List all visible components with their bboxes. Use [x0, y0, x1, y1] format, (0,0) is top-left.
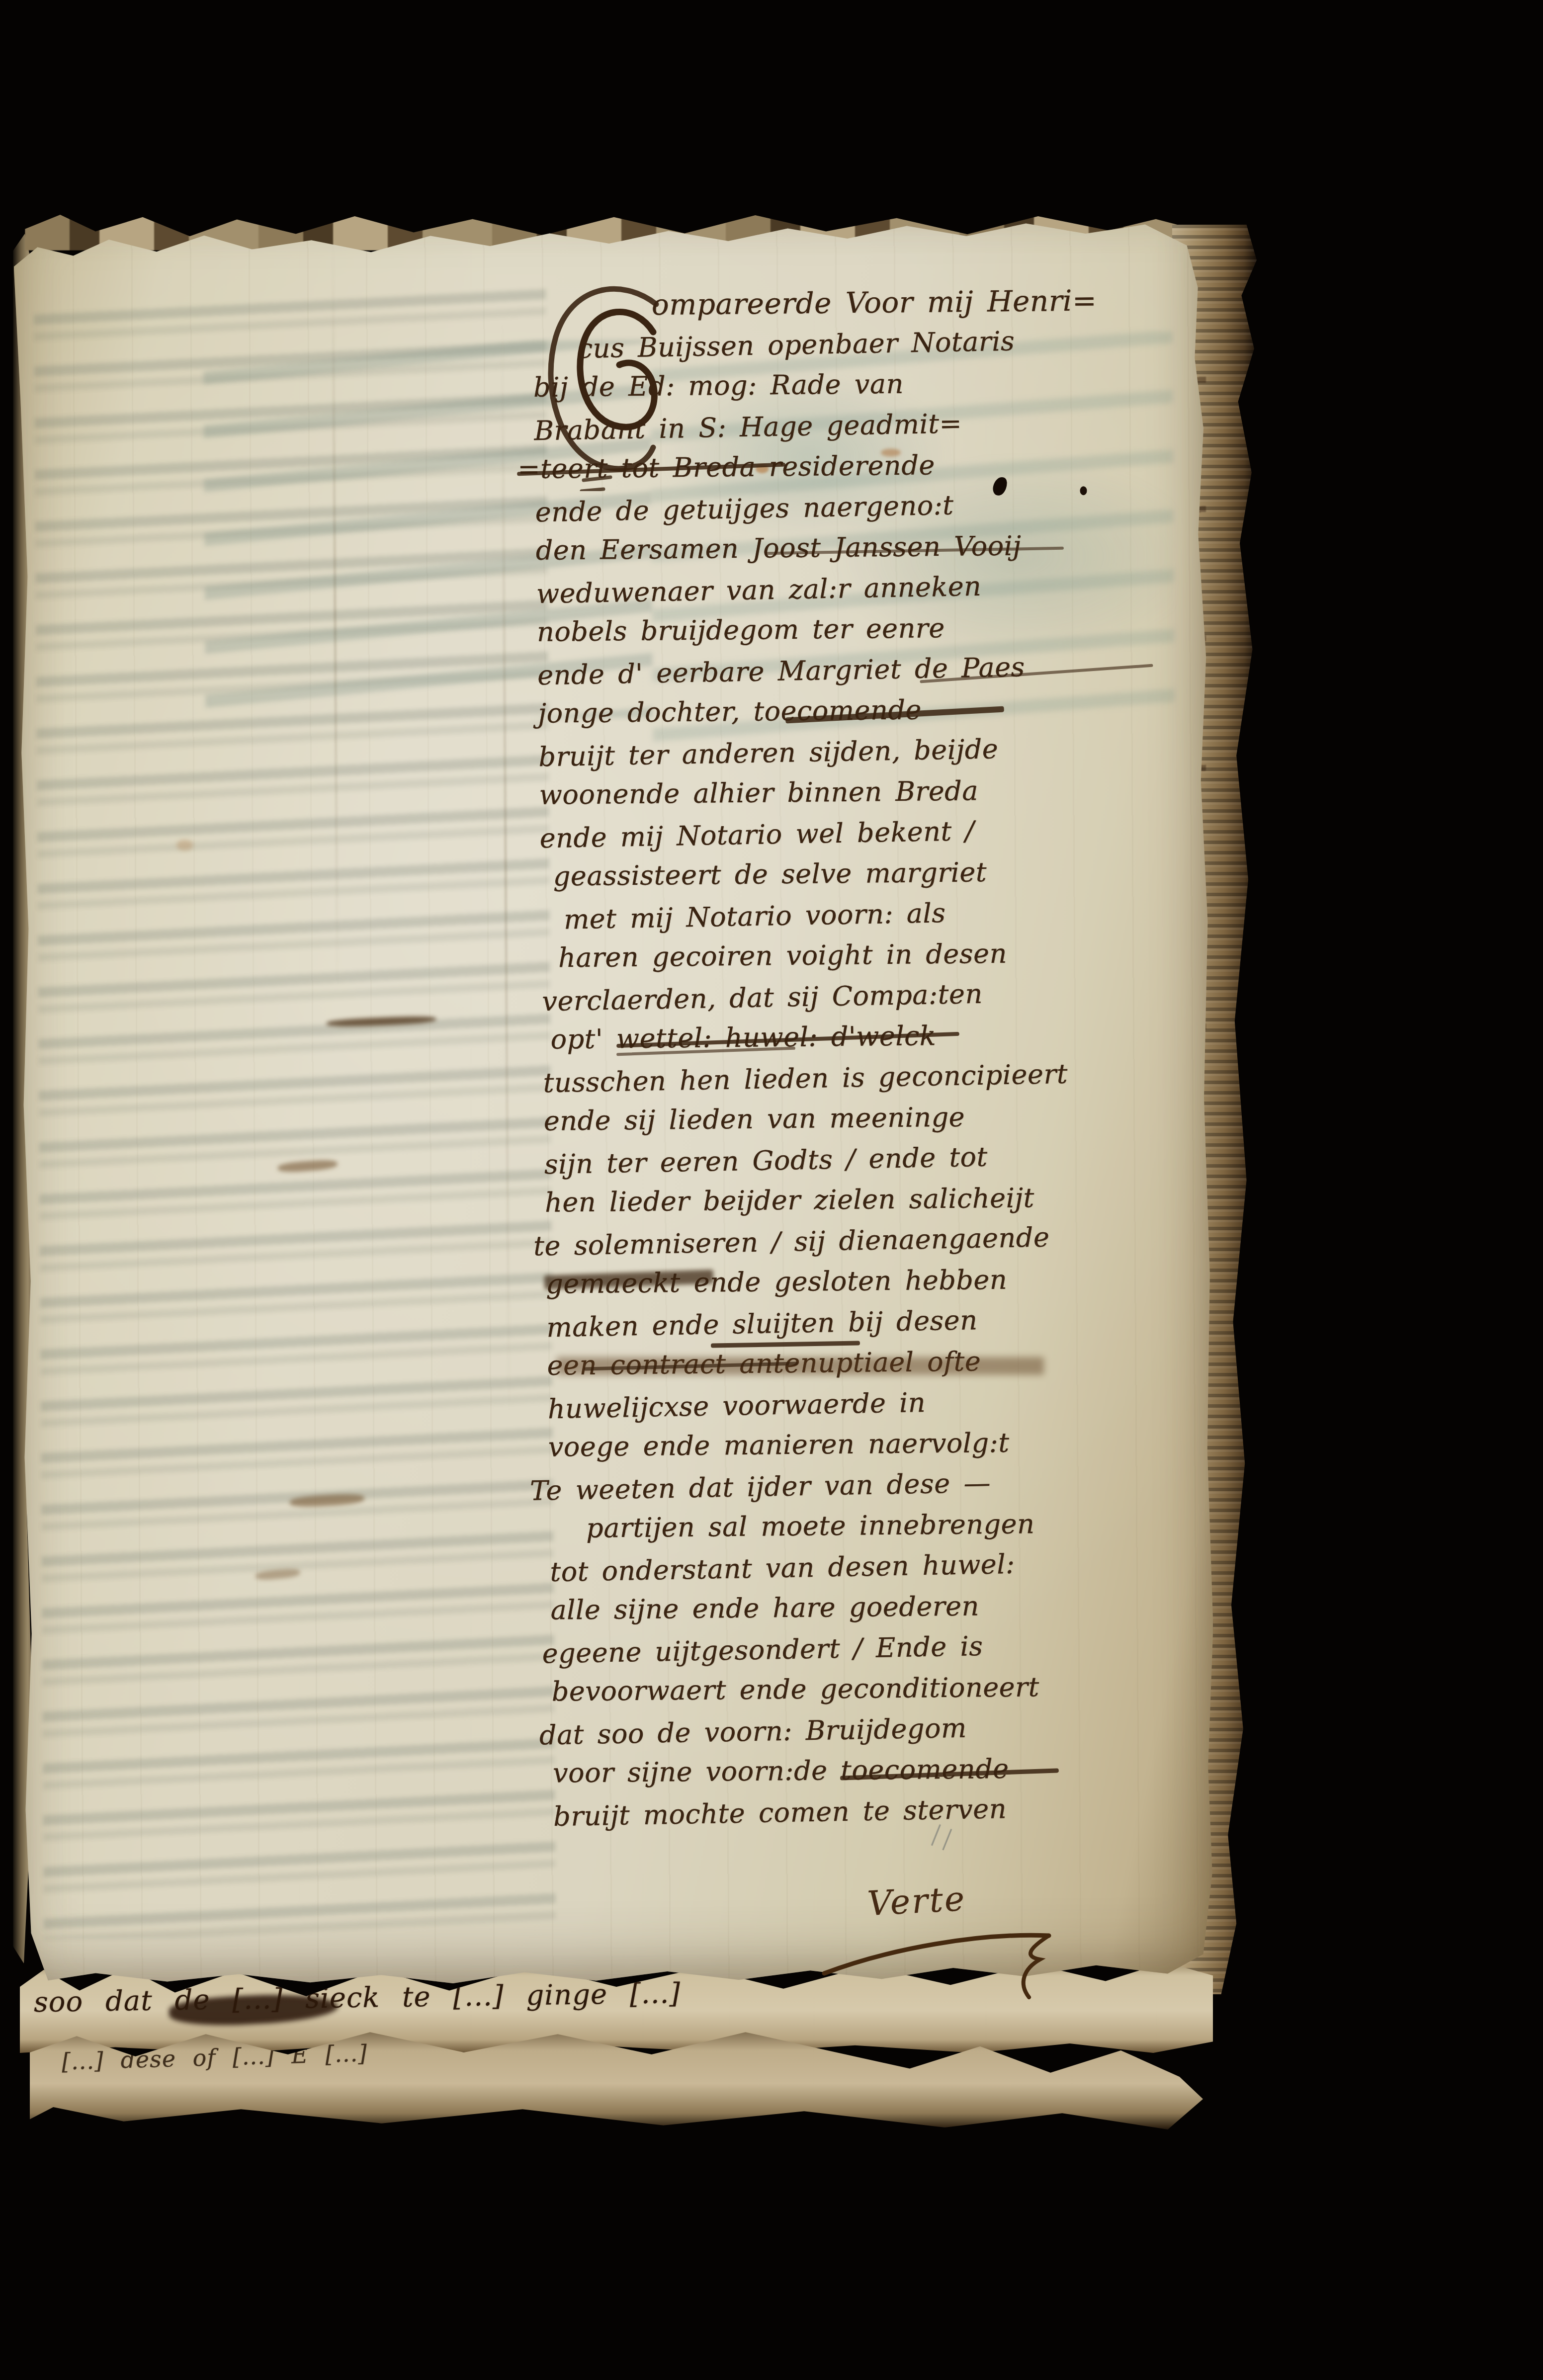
foxing-spot: [176, 840, 193, 850]
verte-flourish-icon: [815, 1914, 1074, 2013]
manuscript-book-photo: soo dat de [...] sieck te [...] ginge [.…: [0, 0, 1543, 2380]
manuscript-line: ompareerde Voor mij Henri=: [651, 279, 1228, 325]
manuscript-lines: ompareerde Voor mij Henri=cus Buijssen o…: [532, 277, 1249, 1836]
fragment-line: soo dat de [...] sieck te [...] ginge [.…: [34, 1980, 681, 2017]
